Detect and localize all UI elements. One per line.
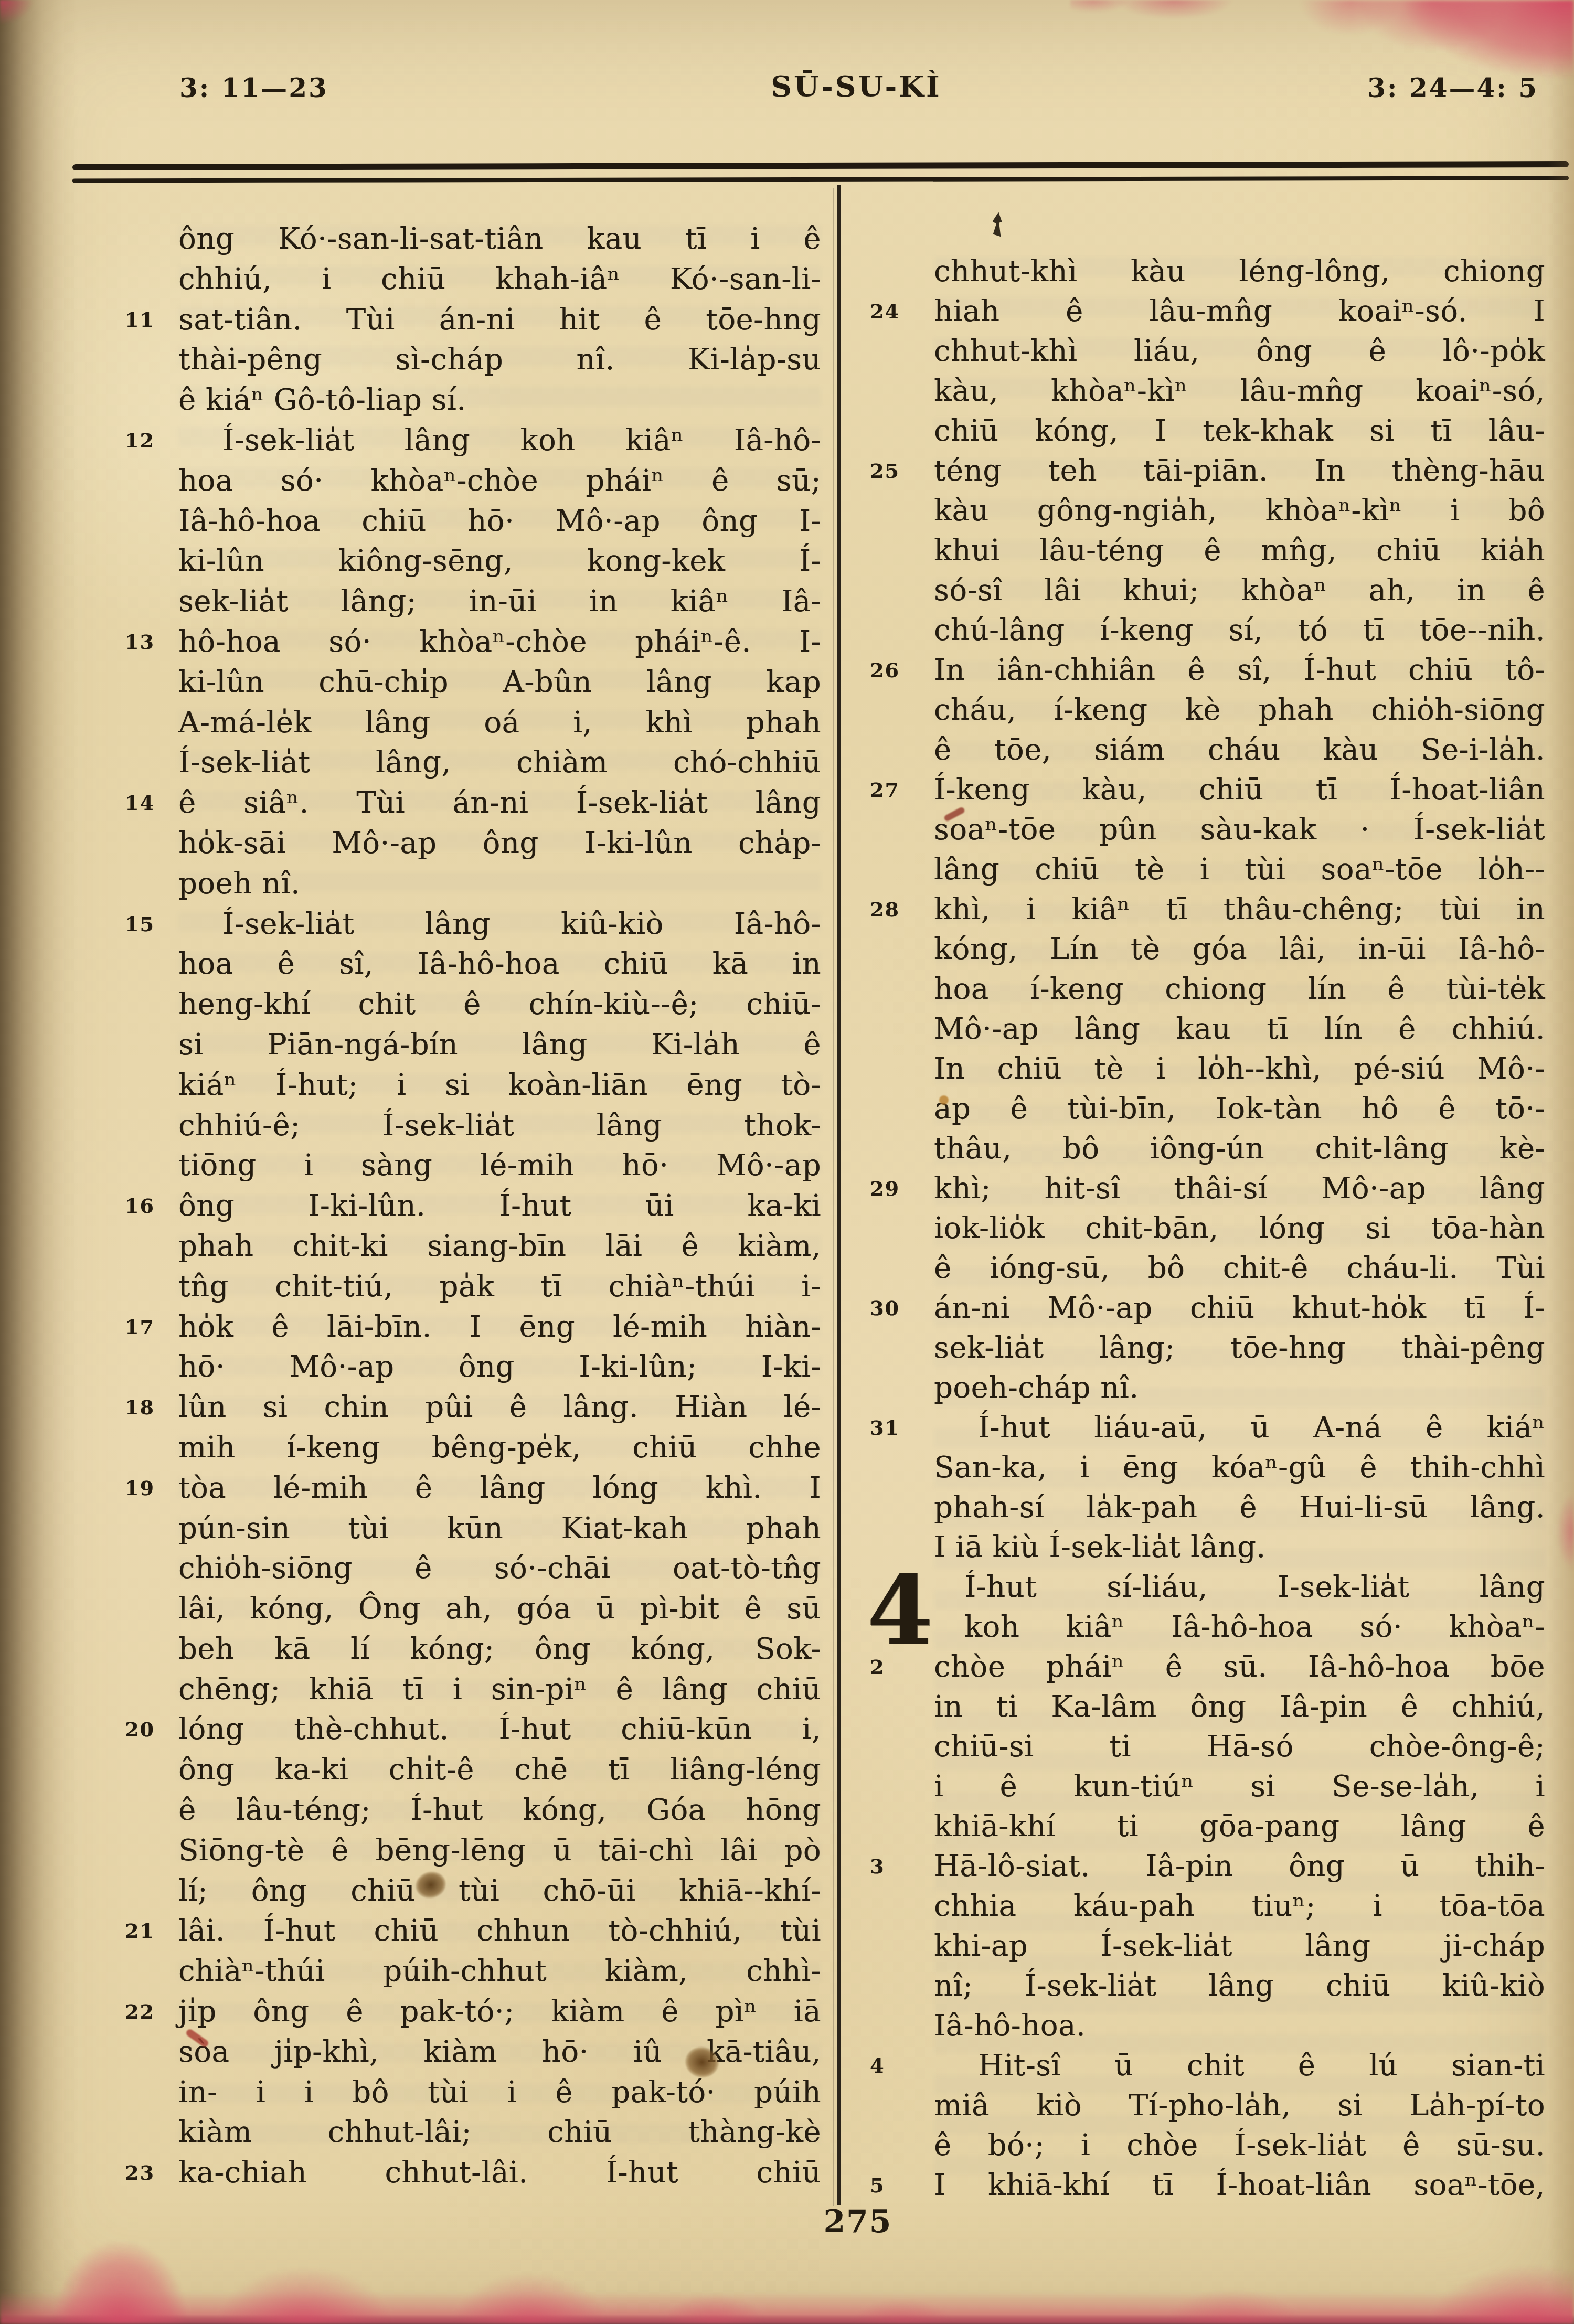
verse-text: kiàm chhut-lâi; chiū thàng-kè [178,2113,821,2153]
verse-text: ê lâu-téng; Í-hut kóng, Góa hōng [178,1790,821,1831]
text-line: i ê kun-tiúⁿ si Se-se-la̍h, i [934,1767,1545,1807]
verse-text: Iâ-hô-hoa chiū hō· Mô·-ap ông I- [178,502,821,542]
verse-text: chio̍h-siōng ê só·-chāi oat-tò-tn̂g [178,1549,821,1589]
verse-text: chēng; khiā tī i sin-piⁿ ê lâng chiū [178,1670,821,1710]
text-line: 30án-ni Mô·-ap chiū khut-ho̍k tī Í- [934,1288,1545,1328]
verse-text: hō· Mô·-ap ông I-ki-lûn; I-ki- [178,1347,821,1388]
text-line: tiōng i sàng lé-mih hō· Mô·-ap [178,1146,821,1186]
text-line: chiàⁿ-thúi púih-chhut kiàm, chhì- [178,1952,821,1992]
verse-text: khì, i kiâⁿ tī thâu-chêng; tùi in [934,890,1545,930]
verse-text: án-ni Mô·-ap chiū khut-ho̍k tī Í- [934,1288,1545,1328]
verse-text: soaⁿ-tōe pûn sàu-kak · Í-sek-lia̍t [934,810,1545,850]
text-line: 4Í-hut sí-liáu, I-sek-lia̍t lâng [934,1568,1545,1607]
verse-text: ho̍k-sāi Mô·-ap ông I-ki-lûn cha̍p- [178,824,821,864]
verse-text: In iân-chhiân ê sî, Í-hut chiū tô- [934,651,1545,690]
text-line: ho̍k-sāi Mô·-ap ông I-ki-lûn cha̍p- [178,824,821,864]
text-line: 19tòa lé-mih ê lâng lóng khì. I [178,1468,821,1509]
verse-text: Í-keng kàu, chiū tī Í-hoat-liân [934,770,1545,810]
text-line: chhut-khì kàu léng-lông, chiong [934,252,1545,292]
text-line: Í-sek-lia̍t lâng, chiàm chó-chhiū [178,743,821,783]
verse-number: 26 [870,651,917,690]
text-line: mih í-keng bêng-pe̍k, chiū chhe [178,1428,821,1468]
verse-text: ông I-ki-lûn. Í-hut ūi ka-ki [178,1186,821,1227]
verse-text: khui lâu-téng ê mn̂g, chiū kia̍h [934,531,1545,571]
verse-text: ap ê tùi-bīn, Iok-tàn hô ê tō·- [934,1089,1545,1129]
page-title: SŪ-SU-KÌ [751,69,961,103]
verse-number: 16 [125,1186,172,1227]
verse-text: Siōng-tè ê bēng-lēng ū tāi-chì lâi pò [178,1831,821,1871]
verse-text: koh kiâⁿ Iâ-hô-hoa só· khòaⁿ- [934,1607,1545,1647]
text-line: pún-sin tùi kūn Kiat-kah phah [178,1509,821,1549]
verse-text: iok-lio̍k chit-bān, lóng si tōa-hàn [934,1209,1545,1249]
gutter-shadow [0,0,79,2324]
verse-text: chhia káu-pah tiuⁿ; i tōa-tōa [934,1886,1545,1926]
text-line: 3Hā-lô-siat. Iâ-pin ông ū thih- [934,1847,1545,1886]
text-line: Iâ-hô-hoa. [934,2006,1545,2046]
verse-text: kàu, khòaⁿ-kìⁿ lâu-mn̂g koaiⁿ-só, [934,371,1545,411]
verse-text: chiū-si ti Hā-só chòe-ông-ê; [934,1727,1545,1767]
verse-text: lâng chiū tè i tùi soaⁿ-tōe lo̍h-- [934,850,1545,890]
verse-text: téng teh tāi-piān. In thèng-hāu [934,451,1545,491]
verse-number: 13 [125,622,172,663]
text-line: iok-lio̍k chit-bān, lóng si tōa-hàn [934,1209,1545,1249]
page-right-edge-shadow [1548,0,1574,2324]
verse-number: 24 [870,292,917,332]
text-line: ki-lûn kiông-sēng, kong-kek Í- [178,541,821,582]
verse-number: 30 [870,1288,917,1328]
verse-text: khì; hit-sî thâi-sí Mô·-ap lâng [934,1169,1545,1209]
text-line: kàu gông-ngia̍h, khòaⁿ-kìⁿ i bô [934,491,1545,531]
text-line: chhut-khì liáu, ông ê lô·-po̍k [934,332,1545,371]
verse-text: miâ kiò Tí-pho-la̍h, si La̍h-pí-to [934,2086,1545,2126]
verse-text: khiā-khí ti gōa-pang lâng ê [934,1807,1545,1847]
verse-text: lí; ông chiū tùi chō-ūi khiā--khí- [178,1871,821,1912]
verse-text: i ê kun-tiúⁿ si Se-se-la̍h, i [934,1767,1545,1807]
verse-text: ê bó·; i chòe Í-sek-lia̍t ê sū-su. [934,2126,1545,2166]
verse-text: ông ka-ki chi̍t-ê chē tī liâng-léng [178,1750,821,1790]
verse-number: 5 [870,2166,917,2205]
text-line: A-má-le̍k lâng oá i, khì phah [178,703,821,743]
header-rule-bottom [72,176,1569,183]
column-divider [837,185,841,2205]
verse-number: 31 [870,1408,917,1448]
verse-text: só-sî lâi khui; khòaⁿ ah, in ê [934,571,1545,611]
verse-text: kóng, Lín tè góa lâi, in-ūi Iâ-hô- [934,930,1545,969]
verse-text: San-ka, i ēng kóaⁿ-gû ê thih-chhì [934,1448,1545,1488]
text-line: phah-sí la̍k-pah ê Hui-li-sū lâng. [934,1488,1545,1528]
verse-text: poeh nî. [178,864,821,904]
text-line: 16ông I-ki-lûn. Í-hut ūi ka-ki [178,1186,821,1227]
verse-number: 22 [125,1992,172,2032]
verse-text: phah-sí la̍k-pah ê Hui-li-sū lâng. [934,1488,1545,1528]
verse-number: 19 [125,1468,172,1509]
text-line: 25téng teh tāi-piān. In thèng-hāu [934,451,1545,491]
text-line: thâu, bô iông-ún chit-lâng kè- [934,1129,1545,1169]
verse-text: ông Kó·-san-li-sat-tiân kau tī i ê [178,219,821,260]
text-line: khiā-khí ti gōa-pang lâng ê [934,1807,1545,1847]
verse-text: hoa ê sî, Iâ-hô-hoa chiū kā in [178,944,821,985]
text-line: chēng; khiā tī i sin-piⁿ ê lâng chiū [178,1670,821,1710]
text-line: 20lóng thè-chhut. Í-hut chiū-kūn i, [178,1710,821,1750]
text-line: 22ji̍p ông ê pak-tó·; kiàm ê pìⁿ iā [178,1992,821,2032]
verse-number: 11 [125,300,172,340]
text-line: ê lâu-téng; Í-hut kóng, Góa hōng [178,1790,821,1831]
verse-text: in- i i bô tùi i ê pak-tó· púih [178,2073,821,2113]
text-line: só-sî lâi khui; khòaⁿ ah, in ê [934,571,1545,611]
text-line: chhiú, i chiū khah-iâⁿ Kó·-san-li- [178,260,821,300]
verse-text: poeh-cháp nî. [934,1368,1545,1408]
text-line: 21lâi. Í-hut chiū chhun tò-chhiú, tùi [178,1911,821,1952]
text-line: poeh nî. [178,864,821,904]
text-line: sòa ji̍p-khì, kiàm hō· iû kā-tiâu, [178,2032,821,2073]
verse-text: tn̂g chit-tiú, pa̍k tī chiàⁿ-thúi i- [178,1267,821,1307]
verse-text: hô-hoa só· khòaⁿ-chòe pháiⁿ-ê. I- [178,622,821,663]
verse-number: 21 [125,1911,172,1952]
text-line: kàu, khòaⁿ-kìⁿ lâu-mn̂g koaiⁿ-só, [934,371,1545,411]
text-line: 14ê siâⁿ. Tùi án-ni Í-sek-lia̍t lâng [178,783,821,824]
verse-text: lûn si chin pûi ê lâng. Hiàn lé- [178,1388,821,1428]
verse-text: heng-khí chit ê chín-kiù--ê; chiū- [178,985,821,1025]
verse-text: tòa lé-mih ê lâng lóng khì. I [178,1468,821,1509]
text-line: 12Í-sek-lia̍t lâng koh kiâⁿ Iâ-hô- [178,421,821,461]
verse-text: hoa í-keng chiong lín ê tùi-te̍k [934,969,1545,1009]
verse-text: Í-sek-lia̍t lâng kiû-kiò Iâ-hô- [178,904,821,945]
verse-text: chhiú, i chiū khah-iâⁿ Kó·-san-li- [178,260,821,300]
verse-text: chòe pháiⁿ ê sū. Iâ-hô-hoa bōe [934,1647,1545,1687]
verse-number: 25 [870,451,917,491]
verse-text: nî; Í-sek-lia̍t lâng chiū kiû-kiò [934,1966,1545,2006]
verse-text: lóng thè-chhut. Í-hut chiū-kūn i, [178,1710,821,1750]
verse-text: mih í-keng bêng-pe̍k, chiū chhe [178,1428,821,1468]
text-line: kóng, Lín tè góa lâi, in-ūi Iâ-hô- [934,930,1545,969]
column-right: chhut-khì kàu léng-lông, chiong24hiah ê … [934,252,1545,2205]
verse-text: in ti Ka-lâm ông Iâ-pin ê chhiú, [934,1687,1545,1727]
verse-text: sat-tiân. Tùi án-ni hit ê tōe-hng [178,300,821,340]
header-rule-top [72,161,1569,170]
text-line: lí; ông chiū tùi chō-ūi khiā--khí- [178,1871,821,1912]
text-line: 24hiah ê lâu-mn̂g koaiⁿ-só. I [934,292,1545,332]
verse-text: Í-sek-lia̍t lâng, chiàm chó-chhiū [178,743,821,783]
verse-text: si Piān-ngá-bín lâng Ki-la̍h ê [178,1025,821,1065]
verse-text: pún-sin tùi kūn Kiat-kah phah [178,1509,821,1549]
verse-text: Iâ-hô-hoa. [934,2006,1545,2046]
verse-text: chiàⁿ-thúi púih-chhut kiàm, chhì- [178,1952,821,1992]
text-line: chhia káu-pah tiuⁿ; i tōa-tōa [934,1886,1545,1926]
text-line: 4Hit-sî ū chit ê lú sian-ti [934,2046,1545,2086]
verse-text: Mô·-ap lâng kau tī lín ê chhiú. [934,1009,1545,1049]
text-line: ê ióng-sū, bô chit-ê cháu-li. Tùi [934,1249,1545,1288]
verse-number: 23 [125,2153,172,2193]
text-line: 11sat-tiân. Tùi án-ni hit ê tōe-hng [178,300,821,340]
text-line: San-ka, i ēng kóaⁿ-gû ê thih-chhì [934,1448,1545,1488]
verse-text: ê tōe, siám cháu kàu Se-i-la̍h. [934,730,1545,770]
text-line: 18lûn si chin pûi ê lâng. Hiàn lé- [178,1388,821,1428]
verse-text: ê kiáⁿ Gô-tô-liap sí. [178,380,821,421]
text-line: kiàm chhut-lâi; chiū thàng-kè [178,2113,821,2153]
text-line: sek-lia̍t lâng; in-ūi in kiâⁿ Iâ- [178,582,821,622]
text-line: 23ka-chiah chhut-lâi. Í-hut chiū [178,2153,821,2193]
text-line: poeh-cháp nî. [934,1368,1545,1408]
verse-text: ji̍p ông ê pak-tó·; kiàm ê pìⁿ iā [178,1992,821,2032]
verse-number: 4 [870,2046,917,2086]
page-number: 275 [816,2203,900,2240]
verse-text: Í-hut sí-liáu, I-sek-lia̍t lâng [934,1568,1545,1607]
text-line: In chiū tè i lo̍h--khì, pé-siú Mô·- [934,1049,1545,1089]
text-line: sek-lia̍t lâng; tōe-hng thài-pêng [934,1328,1545,1368]
verse-text: thâu, bô iông-ún chit-lâng kè- [934,1129,1545,1169]
text-line: chiū-si ti Hā-só chòe-ông-ê; [934,1727,1545,1767]
column-left: ông Kó·-san-li-sat-tiân kau tī i êchhiú,… [178,219,821,2193]
text-line: in ti Ka-lâm ông Iâ-pin ê chhiú, [934,1687,1545,1727]
verse-text: Í-hut liáu-aū, ū A-ná ê kiáⁿ [934,1408,1545,1448]
text-line: chio̍h-siōng ê só·-chāi oat-tò-tn̂g [178,1549,821,1589]
verse-text: cháu, í-keng kè phah chio̍h-siōng [934,690,1545,730]
text-line: beh kā lí kóng; ông kóng, Sok- [178,1629,821,1670]
running-header: 3: 11—23 SŪ-SU-KÌ 3: 24—4: 5 [0,72,1574,120]
text-line: ki-lûn chū-chi̍p A-bûn lâng kap [178,663,821,703]
verse-text: sòa ji̍p-khì, kiàm hō· iû kā-tiâu, [178,2032,821,2073]
verse-text: lâi, kóng, Ông ah, góa ū pì-bi̍t ê sū [178,1589,821,1629]
header-verse-range-right: 3: 24—4: 5 [1367,72,1538,103]
text-line: heng-khí chit ê chín-kiù--ê; chiū- [178,985,821,1025]
text-line: 29khì; hit-sî thâi-sí Mô·-ap lâng [934,1169,1545,1209]
verse-text: ho̍k ê lāi-bīn. I ēng lé-mih hiàn- [178,1307,821,1348]
ink-blot-mark [988,211,1006,237]
text-line: phah chit-ki siang-bīn lāi ê kiàm, [178,1227,821,1267]
verse-text: ki-lûn chū-chi̍p A-bûn lâng kap [178,663,821,703]
verse-number: 20 [125,1710,172,1750]
text-line: 27Í-keng kàu, chiū tī Í-hoat-liân [934,770,1545,810]
text-line: hoa só· khòaⁿ-chòe pháiⁿ ê sū; [178,461,821,502]
text-line: lâng chiū tè i tùi soaⁿ-tōe lo̍h-- [934,850,1545,890]
verse-number: 17 [125,1307,172,1348]
verse-text: Hā-lô-siat. Iâ-pin ông ū thih- [934,1847,1545,1886]
verse-text: phah chit-ki siang-bīn lāi ê kiàm, [178,1227,821,1267]
verse-text: ê siâⁿ. Tùi án-ni Í-sek-lia̍t lâng [178,783,821,824]
text-line: 28khì, i kiâⁿ tī thâu-chêng; tùi in [934,890,1545,930]
text-line: ê tōe, siám cháu kàu Se-i-la̍h. [934,730,1545,770]
text-line: tn̂g chit-tiú, pa̍k tī chiàⁿ-thúi i- [178,1267,821,1307]
text-line: chiū kóng, I tek-khak si tī lâu- [934,411,1545,451]
verse-number: 12 [125,421,172,461]
text-line: ap ê tùi-bīn, Iok-tàn hô ê tō·- [934,1089,1545,1129]
book-page: 3: 11—23 SŪ-SU-KÌ 3: 24—4: 5 ông Kó·-san… [0,0,1574,2324]
verse-text: I iā kiù Í-sek-lia̍t lâng. [934,1528,1545,1568]
text-line: ông Kó·-san-li-sat-tiân kau tī i ê [178,219,821,260]
text-line: in- i i bô tùi i ê pak-tó· púih [178,2073,821,2113]
verse-number: 18 [125,1388,172,1428]
text-line: nî; Í-sek-lia̍t lâng chiū kiû-kiò [934,1966,1545,2006]
verse-text: In chiū tè i lo̍h--khì, pé-siú Mô·- [934,1049,1545,1089]
text-line: 2chòe pháiⁿ ê sū. Iâ-hô-hoa bōe [934,1647,1545,1687]
verse-text: thài-pêng sì-cháp nî. Ki-la̍p-su [178,340,821,380]
text-line: 13hô-hoa só· khòaⁿ-chòe pháiⁿ-ê. I- [178,622,821,663]
verse-text: kàu gông-ngia̍h, khòaⁿ-kìⁿ i bô [934,491,1545,531]
text-line: koh kiâⁿ Iâ-hô-hoa só· khòaⁿ- [934,1607,1545,1647]
text-line: 31Í-hut liáu-aū, ū A-ná ê kiáⁿ [934,1408,1545,1448]
verse-text: chhut-khì liáu, ông ê lô·-po̍k [934,332,1545,371]
verse-text: chhut-khì kàu léng-lông, chiong [934,252,1545,292]
text-line: hoa ê sî, Iâ-hô-hoa chiū kā in [178,944,821,985]
verse-text: sek-lia̍t lâng; tōe-hng thài-pêng [934,1328,1545,1368]
verse-text: ê ióng-sū, bô chit-ê cháu-li. Tùi [934,1249,1545,1288]
text-line: hoa í-keng chiong lín ê tùi-te̍k [934,969,1545,1009]
verse-number: 15 [125,904,172,945]
text-line: 5I khiā-khí tī Í-hoat-liân soaⁿ-tōe, [934,2166,1545,2205]
text-line: ông ka-ki chi̍t-ê chē tī liâng-léng [178,1750,821,1790]
verse-text: khi-ap Í-sek-lia̍t lâng ji-cháp [934,1926,1545,1966]
verse-text: lâi. Í-hut chiū chhun tò-chhiú, tùi [178,1911,821,1952]
verse-text: sek-lia̍t lâng; in-ūi in kiâⁿ Iâ- [178,582,821,622]
text-line: chú-lâng í-keng sí, tó tī tōe--nih. [934,611,1545,651]
verse-number: 3 [870,1847,917,1886]
text-line: khui lâu-téng ê mn̂g, chiū kia̍h [934,531,1545,571]
verse-text: hoa só· khòaⁿ-chòe pháiⁿ ê sū; [178,461,821,502]
verse-text: kiáⁿ Í-hut; i si koàn-liān ēng tò- [178,1065,821,1106]
text-line: I iā kiù Í-sek-lia̍t lâng. [934,1528,1545,1568]
text-line: chhiú-ê; Í-sek-lia̍t lâng thok- [178,1106,821,1146]
chapter-number: 4 [867,1562,933,1658]
text-line: 15Í-sek-lia̍t lâng kiû-kiò Iâ-hô- [178,904,821,945]
text-line: Mô·-ap lâng kau tī lín ê chhiú. [934,1009,1545,1049]
verse-text: Í-sek-lia̍t lâng koh kiâⁿ Iâ-hô- [178,421,821,461]
verse-text: beh kā lí kóng; ông kóng, Sok- [178,1629,821,1670]
verse-text: chú-lâng í-keng sí, tó tī tōe--nih. [934,611,1545,651]
text-line: Siōng-tè ê bēng-lēng ū tāi-chì lâi pò [178,1831,821,1871]
text-line: kiáⁿ Í-hut; i si koàn-liān ēng tò- [178,1065,821,1106]
verse-text: I khiā-khí tī Í-hoat-liân soaⁿ-tōe, [934,2166,1545,2205]
verse-number: 14 [125,783,172,824]
verse-number: 2 [870,1647,917,1687]
verse-text: chiū kóng, I tek-khak si tī lâu- [934,411,1545,451]
text-line: miâ kiò Tí-pho-la̍h, si La̍h-pí-to [934,2086,1545,2126]
text-line: hō· Mô·-ap ông I-ki-lûn; I-ki- [178,1347,821,1388]
text-line: si Piān-ngá-bín lâng Ki-la̍h ê [178,1025,821,1065]
text-line: khi-ap Í-sek-lia̍t lâng ji-cháp [934,1926,1545,1966]
text-line: Iâ-hô-hoa chiū hō· Mô·-ap ông I- [178,502,821,542]
verse-number: 28 [870,890,917,930]
text-line: ê bó·; i chòe Í-sek-lia̍t ê sū-su. [934,2126,1545,2166]
text-line: 26In iân-chhiân ê sî, Í-hut chiū tô- [934,651,1545,690]
text-line: 17ho̍k ê lāi-bīn. I ēng lé-mih hiàn- [178,1307,821,1348]
text-line: ê kiáⁿ Gô-tô-liap sí. [178,380,821,421]
verse-text: A-má-le̍k lâng oá i, khì phah [178,703,821,743]
verse-text: ki-lûn kiông-sēng, kong-kek Í- [178,541,821,582]
header-verse-range-left: 3: 11—23 [179,72,328,103]
text-line: lâi, kóng, Ông ah, góa ū pì-bi̍t ê sū [178,1589,821,1629]
verse-text: hiah ê lâu-mn̂g koaiⁿ-só. I [934,292,1545,332]
dye-stain-top-middle [1070,0,1259,39]
verse-number: 27 [870,770,917,810]
verse-text: chhiú-ê; Í-sek-lia̍t lâng thok- [178,1106,821,1146]
text-line: soaⁿ-tōe pûn sàu-kak · Í-sek-lia̍t [934,810,1545,850]
verse-number: 29 [870,1169,917,1209]
verse-text: ka-chiah chhut-lâi. Í-hut chiū [178,2153,821,2193]
text-line: thài-pêng sì-cháp nî. Ki-la̍p-su [178,340,821,380]
verse-text: tiōng i sàng lé-mih hō· Mô·-ap [178,1146,821,1186]
page-bottom-edge-shadow [0,2315,1574,2324]
verse-text: Hit-sî ū chit ê lú sian-ti [934,2046,1545,2086]
text-line: cháu, í-keng kè phah chio̍h-siōng [934,690,1545,730]
